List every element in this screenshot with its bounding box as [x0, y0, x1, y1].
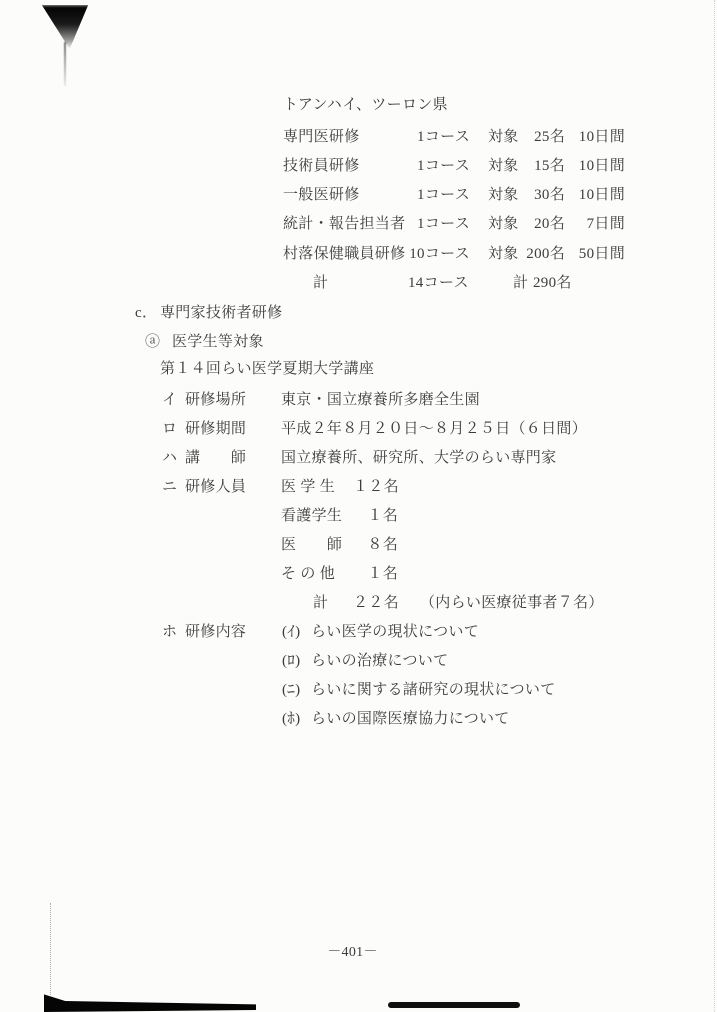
course-name: 村落保健職員研修	[283, 242, 408, 263]
trainee-count: 30名	[518, 183, 565, 204]
section-c-heading: c． 専門家技術者研修	[135, 301, 282, 322]
content-section-label: 研修内容	[185, 620, 246, 641]
personnel-row: 看護学生 １名	[281, 504, 398, 525]
page-number: －401－	[0, 941, 705, 961]
content-item-text: らいの国際医療協力について	[311, 707, 510, 728]
table-row: 統計・報告担当者 1コース 対象 20名 7日間	[283, 212, 625, 233]
personnel-total-row: 計 ２２名 （内らい医療従事者７名）	[0, 591, 717, 611]
content-item-marker: (ｲ)	[282, 620, 311, 641]
content-section-heading: ホ 研修内容	[162, 620, 246, 641]
course-duration: 10日間	[565, 154, 625, 175]
personnel-row: 医 師 ８名	[281, 533, 398, 554]
course-duration: 10日間	[565, 183, 625, 204]
personnel-count: １名	[353, 562, 398, 583]
course-count: 1コース	[408, 183, 470, 204]
detail-marker: ニ	[162, 475, 185, 496]
table-row: 専門医研修 1コース 対象 25名 10日間	[283, 125, 625, 146]
table-total-row: 計 14コース 計 290名	[0, 271, 717, 291]
detail-label: 研修期間	[185, 417, 281, 438]
course-name: 技術員研修	[283, 154, 408, 175]
personnel-total-count: ２２名	[353, 591, 398, 612]
course-name: 専門医研修	[283, 125, 408, 146]
region-line: トアンハイ、ツーロン県	[283, 93, 448, 114]
content-item-text: らい医学の現状について	[311, 620, 479, 641]
detail-value: 国立療養所、研究所、大学のらい専門家	[281, 446, 556, 467]
course-count: 1コース	[408, 212, 470, 233]
course-duration: 10日間	[565, 125, 625, 146]
personnel-total-label: 計	[313, 591, 328, 612]
scan-binding-shadow-right	[388, 1002, 520, 1008]
course-count: 1コース	[408, 154, 470, 175]
scan-smudge-tail-artifact	[64, 42, 66, 86]
detail-label: 研修場所	[185, 388, 281, 409]
target-label: 対象	[470, 212, 518, 233]
total-count-label: 計	[513, 271, 528, 292]
content-section-marker: ホ	[162, 620, 185, 641]
scanned-document-page: { "colors": { "paper": "#fcfcfb", "ink":…	[0, 0, 717, 1012]
detail-row: イ 研修場所 東京・国立療養所多磨全生園	[162, 388, 480, 409]
personnel-category: 医 学 生	[281, 475, 353, 496]
detail-marker: ハ	[162, 446, 185, 467]
personnel-category: そ の 他	[281, 562, 353, 583]
subsection-a-title: 医学生等対象	[172, 330, 264, 351]
target-label: 対象	[470, 183, 518, 204]
target-label: 対象	[470, 154, 518, 175]
course-count: 1コース	[408, 125, 470, 146]
personnel-count: １名	[353, 504, 398, 525]
section-c-marker: c．	[135, 301, 160, 322]
detail-label: 講 師	[185, 446, 281, 467]
trainee-count: 200名	[518, 242, 565, 263]
trainee-count: 25名	[518, 125, 565, 146]
course-title: 第１４回らい医学夏期大学講座	[160, 357, 374, 378]
page-edge-line	[714, 0, 715, 1012]
content-item-marker: (ﾎ)	[282, 707, 311, 728]
total-label: 計	[313, 271, 328, 292]
circled-a-marker: ⓐ	[145, 330, 172, 351]
content-item-marker: (ﾆ)	[282, 678, 311, 699]
content-item: (ﾆ) らいに関する諸研究の現状について	[282, 678, 556, 699]
detail-row: ハ 講 師 国立療養所、研究所、大学のらい専門家	[162, 446, 556, 467]
content-item-text: らいに関する諸研究の現状について	[311, 678, 556, 699]
table-row: 村落保健職員研修 10コース 対象 200名 50日間	[283, 242, 625, 263]
personnel-row: そ の 他 １名	[281, 562, 398, 583]
course-name: 統計・報告担当者	[283, 212, 408, 233]
scan-binding-shadow-left	[44, 992, 256, 1012]
detail-label: 研修人員	[185, 475, 281, 496]
detail-row: ロ 研修期間 平成２年８月２０日～８月２５日（６日間）	[162, 417, 587, 438]
personnel-count: ８名	[353, 533, 398, 554]
content-item: (ｲ) らい医学の現状について	[282, 620, 479, 641]
table-row: 一般医研修 1コース 対象 30名 10日間	[283, 183, 625, 204]
personnel-total-note: （内らい医療従事者７名）	[420, 591, 604, 612]
personnel-row: 医 学 生 １２名	[281, 475, 398, 496]
course-count: 10コース	[408, 242, 470, 263]
content-item: (ﾛ) らいの治療について	[282, 649, 448, 670]
total-count: 290名	[533, 271, 572, 292]
content-item-marker: (ﾛ)	[282, 649, 311, 670]
table-row: 技術員研修 1コース 対象 15名 10日間	[283, 154, 625, 175]
personnel-category: 看護学生	[281, 504, 353, 525]
trainee-count: 20名	[518, 212, 565, 233]
detail-value: 東京・国立療養所多磨全生園	[281, 388, 480, 409]
section-c-title: 専門家技術者研修	[160, 301, 282, 322]
content-item: (ﾎ) らいの国際医療協力について	[282, 707, 510, 728]
detail-value: 平成２年８月２０日～８月２５日（６日間）	[281, 417, 587, 438]
content-item-text: らいの治療について	[311, 649, 448, 670]
total-courses: 14コース	[408, 271, 469, 292]
detail-row: ニ 研修人員	[162, 475, 281, 496]
course-name: 一般医研修	[283, 183, 408, 204]
personnel-category: 医 師	[281, 533, 353, 554]
personnel-count: １２名	[353, 475, 398, 496]
trainee-count: 15名	[518, 154, 565, 175]
detail-marker: ロ	[162, 417, 185, 438]
subsection-a-heading: ⓐ 医学生等対象	[145, 330, 264, 351]
target-label: 対象	[470, 242, 518, 263]
detail-marker: イ	[162, 388, 185, 409]
course-duration: 50日間	[565, 242, 625, 263]
course-duration: 7日間	[565, 212, 625, 233]
target-label: 対象	[470, 125, 518, 146]
